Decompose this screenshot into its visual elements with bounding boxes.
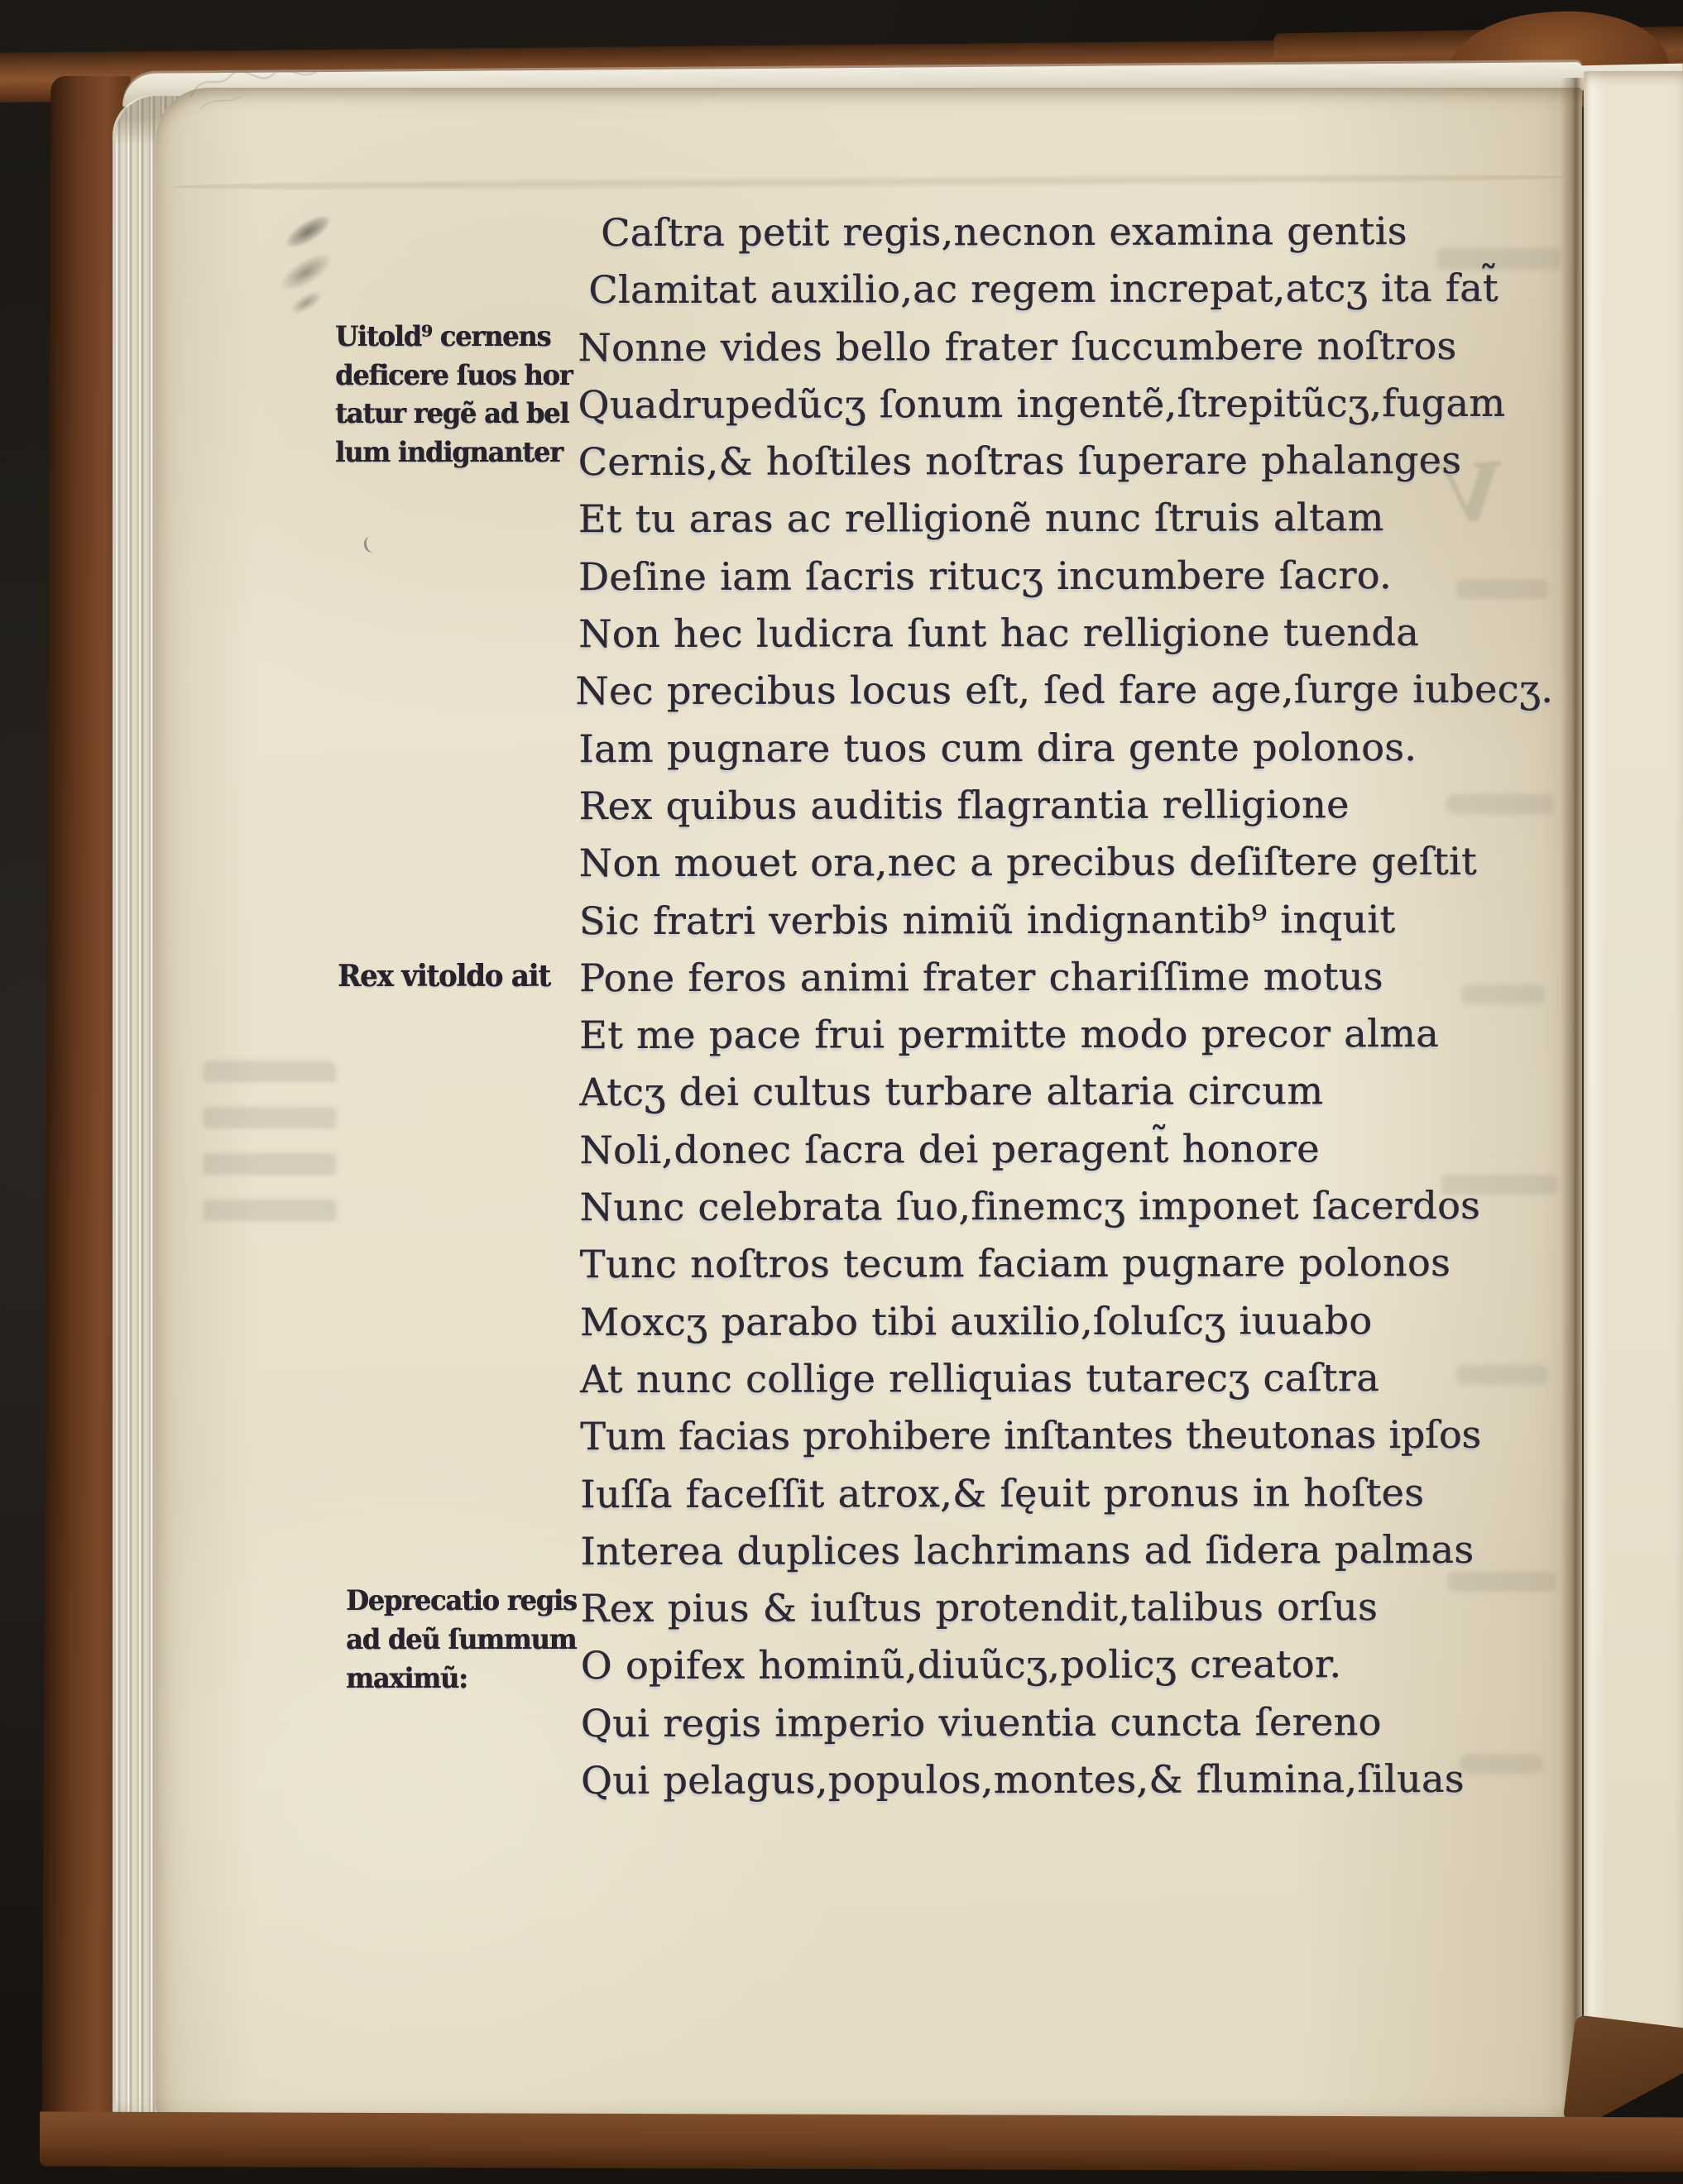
- verse-line: Nunc celebrata ſuo,finemcʒ imponet ſacer…: [579, 1177, 1489, 1237]
- verse-line: Sic fratri verbis nimiũ indignantib⁹ inq…: [579, 890, 1489, 950]
- margin-note-line: deficere ſuos hor: [335, 357, 572, 395]
- margin-note-rex-vitoldo: Rex vitoldo ait: [338, 958, 550, 994]
- verse-line: Iam pugnare tuos cum dira gente polonos.: [578, 719, 1489, 778]
- verse-line: Caſtra petit regis,necnon examina gentis: [601, 203, 1488, 262]
- verse-line: Cernis,& hoſtiles noſtras ſuperare phala…: [578, 432, 1489, 491]
- verse-line: Non mouet ora,nec a precibus deſiſtere g…: [579, 833, 1489, 893]
- margin-note-line: ad deũ ſummum: [346, 1621, 577, 1660]
- verse-line: Quadrupedũcʒ ſonum ingentẽ,ſtrepitũcʒ,fu…: [578, 375, 1488, 434]
- verse-line: Rex quibus auditis flagrantia relligione: [578, 776, 1489, 836]
- verse-line: Rex pius & iuſtus protendit,talibus orſu…: [580, 1578, 1490, 1638]
- page-gutter: [1561, 78, 1589, 2126]
- verse-line: Tum facias prohibere inſtantes theutonas…: [580, 1406, 1490, 1466]
- book-cover-bottom-edge: [40, 2112, 1683, 2172]
- handwritten-mark: [184, 55, 324, 121]
- show-through-blackletter: [204, 1061, 336, 1243]
- margin-note-line: lum indignanter: [335, 433, 572, 472]
- verse-line: Et me pace frui permitte modo precor alm…: [579, 1005, 1489, 1065]
- verse-line: Interea duplices lachrimans ad ſidera pa…: [580, 1521, 1490, 1581]
- verse-text-block: Caſtra petit regis,necnon examina gentis…: [578, 203, 1491, 1810]
- margin-note-line: maximũ:: [346, 1660, 577, 1698]
- margin-note-line: Deprecatio regis: [346, 1582, 577, 1621]
- margin-note-vitoldus: Uitold⁹ cernens deficere ſuos hor tatur …: [335, 318, 572, 472]
- verse-line: Atcʒ dei cultus turbare altaria circum: [579, 1062, 1489, 1122]
- verse-line: Tunc noſtros tecum faciam pugnare polono…: [580, 1234, 1490, 1294]
- margin-note-deprecatio: Deprecatio regis ad deũ ſummum maximũ:: [346, 1582, 577, 1698]
- verse-line: Qui regis imperio viuentia cuncta ſereno: [581, 1693, 1491, 1753]
- right-page: [1584, 71, 1683, 2096]
- margin-note-line: Rex vitoldo ait: [338, 958, 550, 994]
- verse-line: Clamitat auxilio,ac regem increpat,atcʒ …: [588, 260, 1488, 319]
- verse-line: Iuſſa faceſſit atrox,& ſęuit pronus in h…: [580, 1463, 1490, 1523]
- verse-line: Non hec ludicra ſunt hac relligione tuen…: [578, 604, 1489, 663]
- verse-line: At nunc collige relliquias tutarecʒ caſt…: [580, 1349, 1490, 1409]
- verse-line: Deſine iam ſacris ritucʒ incumbere ſacro…: [578, 547, 1489, 606]
- verse-line: Moxcʒ parabo tibi auxilio,ſoluſcʒ iuuabo: [580, 1291, 1490, 1351]
- margin-note-line: tatur regẽ ad bel: [335, 395, 572, 433]
- book-photo: V Caſtra petit regis,necnon examina gent…: [0, 0, 1683, 2184]
- verse-line: Et tu aras ac relligionẽ nunc ſtruis alt…: [578, 489, 1489, 548]
- margin-note-line: Uitold⁹ cernens: [335, 318, 572, 357]
- verse-line: O opifex hominũ,diuũcʒ,policʒ creator.: [581, 1636, 1491, 1695]
- verse-line: Nec precibus locus eſt, ſed fare age,ſur…: [575, 661, 1489, 721]
- verse-line: Pone feros animi frater chariſſime motus: [579, 948, 1489, 1008]
- verse-line: Nonne vides bello frater ſuccumbere noſt…: [578, 317, 1488, 376]
- verse-line: Noli,donec ſacra dei peragent̃ honore: [579, 1120, 1489, 1180]
- verse-line: Qui pelagus,populos,montes,& flumina,ſil…: [581, 1751, 1491, 1810]
